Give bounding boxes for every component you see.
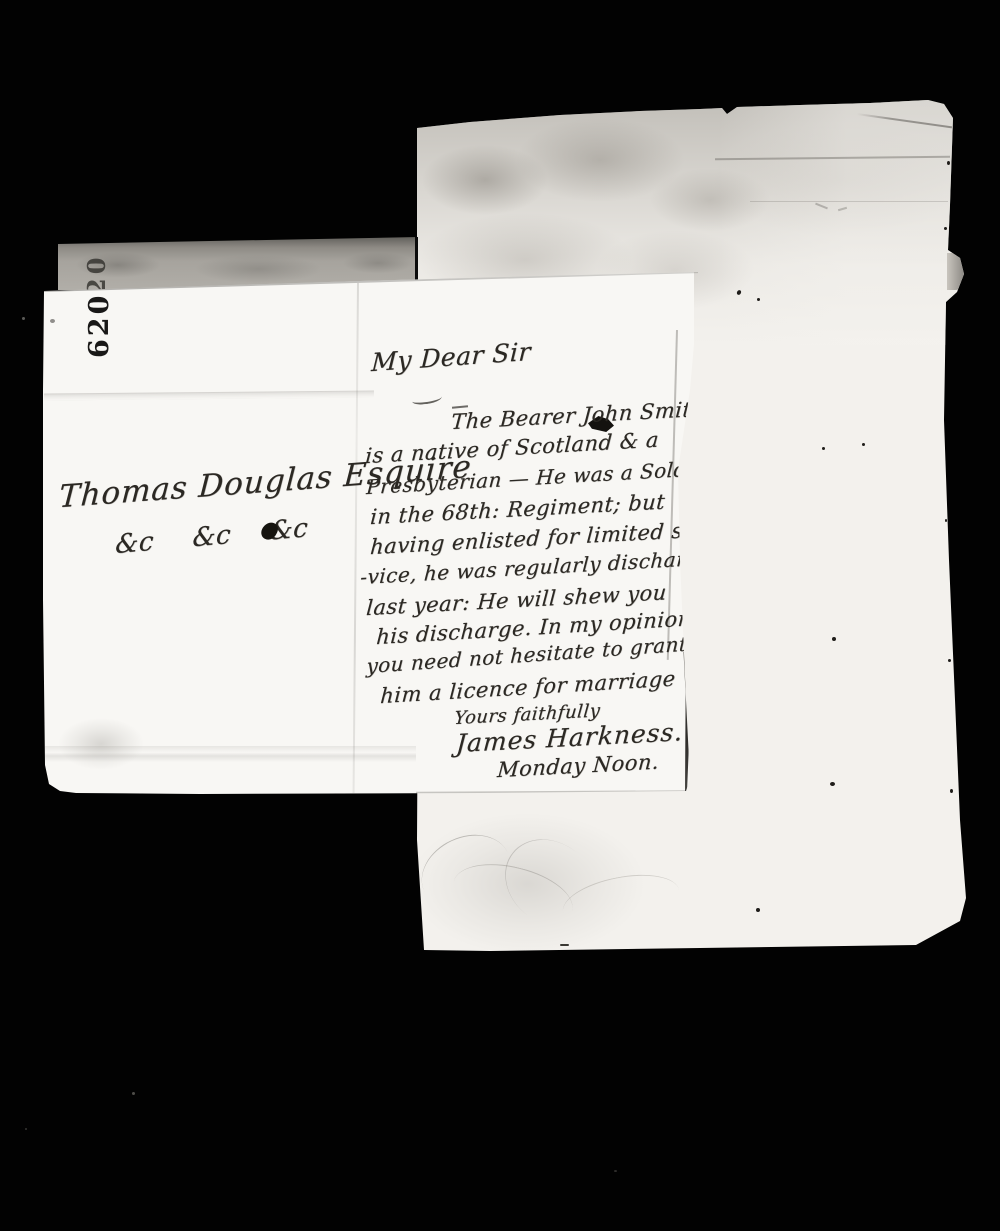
paper-stain [58, 718, 144, 770]
ink-speck [948, 659, 951, 662]
ink-speck [830, 782, 835, 786]
ink-speck [832, 637, 836, 641]
dust-speck [614, 1170, 617, 1172]
ink-speck [945, 519, 947, 522]
letter-line: The Bearer John Smith [451, 399, 707, 433]
ink-speck [822, 447, 825, 450]
dateline: Monday Noon. [497, 752, 660, 782]
flourish-dash [452, 405, 468, 408]
letter-line: him a licence for marriage [380, 668, 677, 707]
ink-speck [944, 227, 947, 230]
ink-speck [50, 319, 55, 323]
paper-edge-tab [947, 253, 964, 290]
ink-speck [950, 789, 953, 793]
dust-speck [25, 1128, 27, 1130]
flourish-mark [412, 392, 443, 405]
microfilm-scan: 20 a 620 Thomas Douglas Esquire &c &c &c… [0, 0, 1000, 1231]
dust-speck [132, 1092, 135, 1095]
partial-folio-stamp: 20 a [82, 237, 111, 290]
letter-sheet: 620 Thomas Douglas Esquire &c &c &c My D… [40, 270, 694, 798]
vertical-fold-crease [353, 283, 359, 793]
ink-speck [560, 944, 569, 946]
salutation: My Dear Sir [371, 339, 532, 375]
folio-number-stamp: 620 [84, 293, 115, 358]
ink-speck [947, 161, 950, 165]
dust-speck [22, 317, 25, 320]
etcetera-marks: &c &c &c [115, 515, 309, 558]
ink-speck [756, 908, 760, 912]
ink-speck [757, 298, 760, 301]
horizontal-crease [44, 391, 374, 401]
horizontal-crease [750, 201, 948, 202]
ink-speck [946, 331, 950, 335]
ink-speck [862, 443, 865, 446]
